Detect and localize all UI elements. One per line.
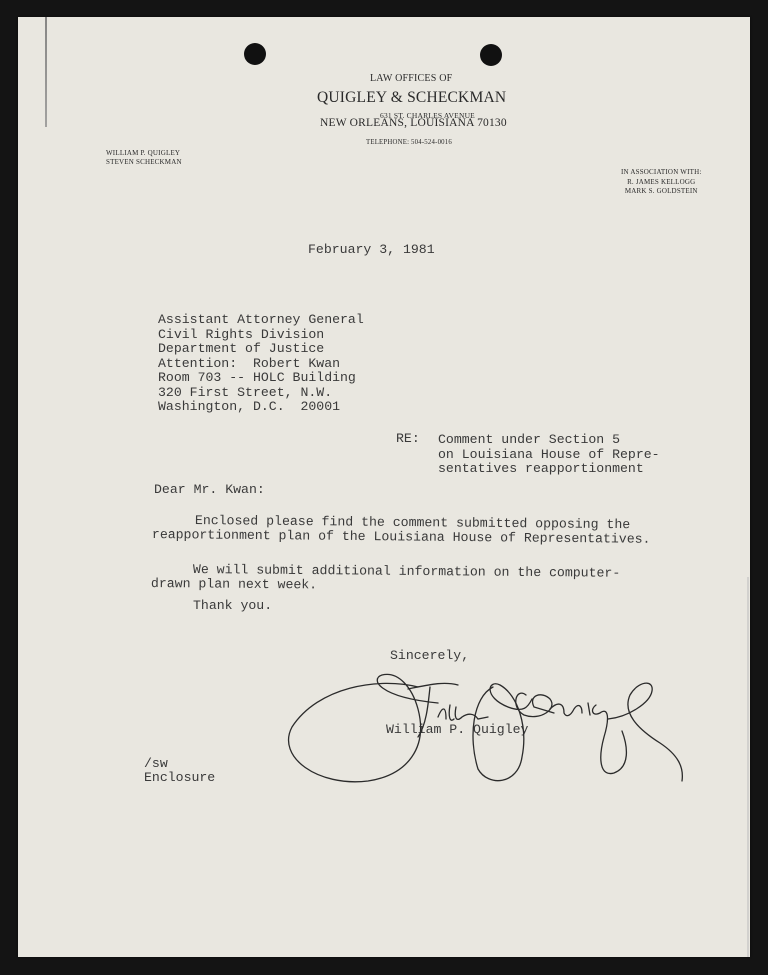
paper-edge-mark-right (747, 577, 749, 957)
re-line: on Louisiana House of Repre- (438, 448, 660, 463)
address-line: Washington, D.C. 20001 (158, 400, 364, 415)
address-line: Attention: Robert Kwan (158, 357, 364, 372)
address-line: 320 First Street, N.W. (158, 386, 364, 401)
punch-hole-icon (480, 44, 502, 66)
partner-name: WILLIAM P. QUIGLEY (106, 149, 182, 158)
letterhead-firm-name: QUIGLEY & SCHECKMAN (317, 89, 506, 107)
letterhead-association: IN ASSOCIATION WITH: R. JAMES KELLOGG MA… (621, 168, 701, 197)
signer-name: William P. Quigley (386, 723, 528, 738)
re-line: Comment under Section 5 (438, 433, 660, 448)
letterhead-partners: WILLIAM P. QUIGLEY STEVEN SCHECKMAN (106, 149, 182, 167)
enclosure-note: Enclosure (144, 771, 215, 786)
letter-date: February 3, 1981 (308, 243, 435, 258)
paper-edge-mark (45, 17, 47, 127)
associate-name: R. JAMES KELLOGG (621, 178, 701, 188)
re-subject: Comment under Section 5 on Louisiana Hou… (438, 433, 660, 477)
paragraph-1-line-2: reapportionment plan of the Louisiana Ho… (152, 528, 651, 547)
associate-name: MARK S. GOLDSTEIN (621, 187, 701, 197)
thank-you: Thank you. (193, 599, 272, 614)
address-line: Civil Rights Division (158, 328, 364, 343)
salutation: Dear Mr. Kwan: (154, 483, 265, 498)
partner-name: STEVEN SCHECKMAN (106, 158, 182, 167)
address-line: Department of Justice (158, 342, 364, 357)
punch-hole-icon (244, 43, 266, 65)
handwritten-signature-icon (278, 647, 698, 787)
re-label: RE: (396, 432, 420, 447)
association-heading: IN ASSOCIATION WITH: (621, 168, 701, 178)
letterhead-law-offices: LAW OFFICES OF (370, 73, 452, 84)
letterhead-city: NEW ORLEANS, LOUISIANA 70130 (320, 117, 507, 129)
recipient-address: Assistant Attorney General Civil Rights … (158, 313, 364, 415)
address-line: Assistant Attorney General (158, 313, 364, 328)
closing: Sincerely, (390, 649, 469, 664)
letterhead-telephone: TELEPHONE: 504-524-0016 (366, 139, 452, 146)
re-line: sentatives reapportionment (438, 462, 660, 477)
address-line: Room 703 -- HOLC Building (158, 371, 364, 386)
paragraph-2-line-2: drawn plan next week. (151, 577, 317, 593)
letter-page: LAW OFFICES OF QUIGLEY & SCHECKMAN 631 S… (18, 17, 750, 957)
